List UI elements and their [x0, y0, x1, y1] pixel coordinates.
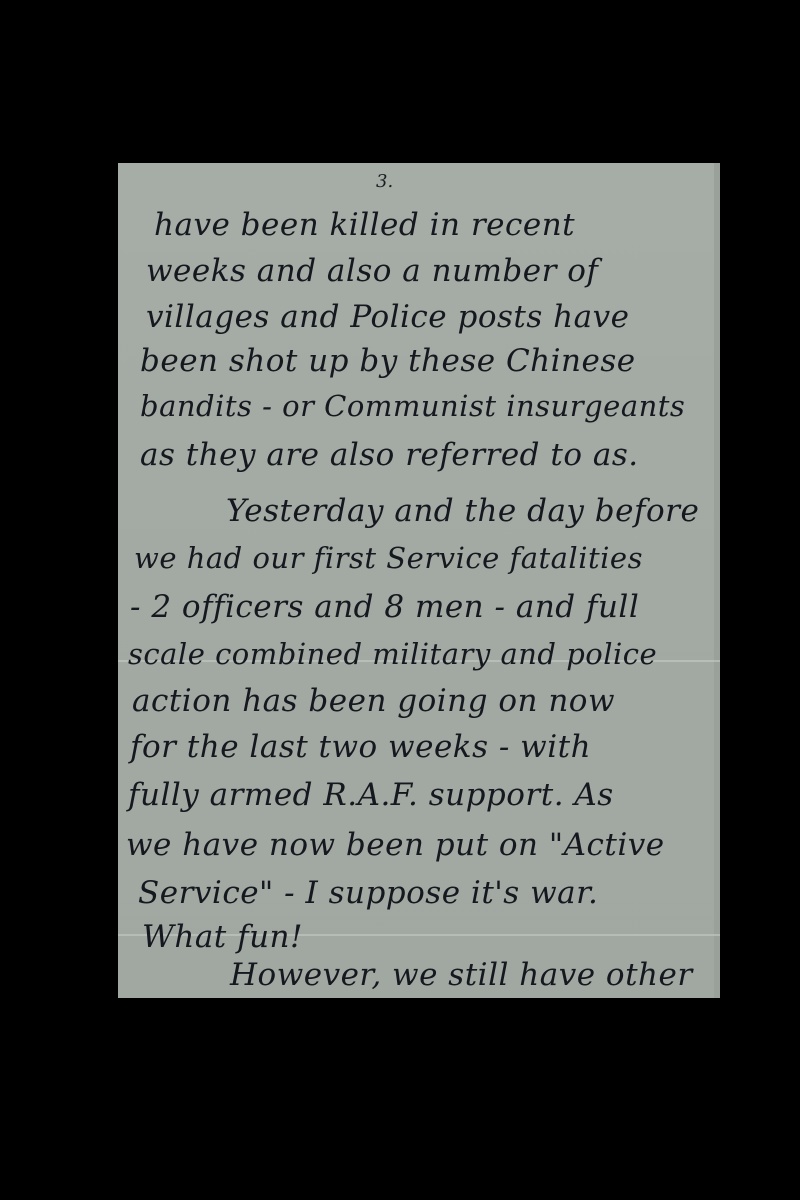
handwritten-line: weeks and also a number of [146, 253, 598, 289]
handwritten-line: bandits - or Communist insurgeants [140, 389, 685, 423]
handwritten-line: What fun! [142, 919, 303, 955]
handwritten-line: villages and Police posts have [146, 299, 629, 335]
handwritten-line: fully armed R.A.F. support. As [128, 777, 614, 813]
handwritten-line: we have now been put on "Active [126, 827, 665, 863]
handwritten-line: scale combined military and police [128, 637, 657, 671]
letter-page: 3. have been killed in recent weeks and … [118, 163, 720, 998]
handwritten-line: we had our first Service fatalities [134, 541, 643, 575]
handwritten-line: - 2 officers and 8 men - and full [130, 589, 639, 625]
handwritten-line: have been killed in recent [154, 207, 575, 243]
handwritten-line: action has been going on now [132, 683, 615, 719]
handwritten-line: for the last two weeks - with [130, 729, 591, 765]
paper-edge [714, 163, 720, 998]
handwritten-line: been shot up by these Chinese [140, 343, 636, 379]
handwritten-line: Yesterday and the day before [226, 493, 699, 529]
handwritten-line: However, we still have other [230, 957, 693, 993]
page-number: 3. [376, 171, 393, 192]
handwritten-line: Service" - I suppose it's war. [138, 875, 598, 911]
handwritten-line: as they are also referred to as. [140, 437, 639, 473]
